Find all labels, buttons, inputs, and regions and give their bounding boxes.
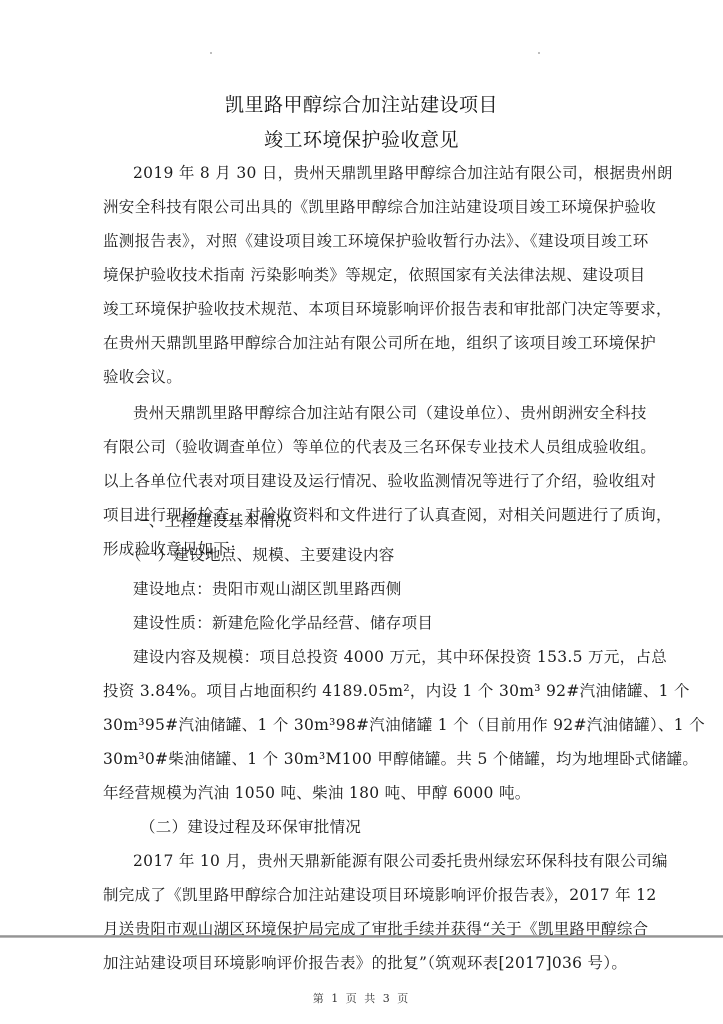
scan-fold-line	[0, 935, 723, 938]
paragraph-line: 以上各单位代表对项目建设及运行情况、验收监测情况等进行了介绍，验收组对	[103, 471, 623, 491]
scan-speck	[210, 52, 212, 54]
document-title: 凯里路甲醇综合加注站建设项目	[0, 90, 723, 117]
paragraph-line: 2019 年 8 月 30 日，贵州天鼎凯里路甲醇综合加注站有限公司，根据贵州朗	[133, 163, 653, 183]
paragraph-line: 30m³0#柴油储罐、1 个 30m³M100 甲醇储罐。共 5 个储罐，均为地…	[103, 749, 623, 769]
paragraph-line: 验收会议。	[103, 367, 623, 387]
paragraph-line: 2017 年 10 月，贵州天鼎新能源有限公司委托贵州绿宏环保科技有限公司编	[133, 851, 653, 871]
paragraph-line: 加注站建设项目环境影响评价报告表》的批复”（筑观环表[2017]036 号）。	[103, 953, 623, 973]
paragraph-line: 30m³95#汽油储罐、1 个 30m³98#汽油储罐 1 个（目前用作 92#…	[103, 715, 623, 735]
paragraph-line: 监测报告表》，对照《建设项目竣工环境保护验收暂行办法》、《建设项目竣工环	[103, 231, 623, 251]
scan-speck	[538, 52, 540, 54]
document-subtitle: 竣工环境保护验收意见	[0, 125, 723, 152]
paragraph-line: 投资 3.84%。项目占地面积约 4189.05m²，内设 1 个 30m³ 9…	[103, 681, 623, 701]
paragraph-line: 贵州天鼎凯里路甲醇综合加注站有限公司（建设单位）、贵州朗洲安全科技	[133, 403, 653, 423]
subsection-heading: （一）建设地点、规模、主要建设内容	[126, 545, 646, 565]
paragraph-line: 建设内容及规模：项目总投资 4000 万元，其中环保投资 153.5 万元，占总	[133, 647, 653, 667]
paragraph-line: 竣工环境保护验收技术规范、本项目环境影响评价报告表和审批部门决定等要求，	[103, 299, 623, 319]
nature-line: 建设性质：新建危险化学品经营、储存项目	[133, 613, 653, 633]
paragraph-line: 有限公司（验收调查单位）等单位的代表及三名环保专业技术人员组成验收组。	[103, 437, 623, 457]
page-footer: 第 1 页 共 3 页	[0, 990, 723, 1006]
paragraph-line: 在贵州天鼎凯里路甲醇综合加注站有限公司所在地，组织了该项目竣工环境保护	[103, 333, 623, 353]
subsection-heading: （二）建设过程及环保审批情况	[140, 817, 660, 837]
location-line: 建设地点：贵阳市观山湖区凯里路西侧	[133, 579, 653, 599]
paragraph-line: 境保护验收技术指南 污染影响类》等规定，依照国家有关法律法规、建设项目	[103, 265, 623, 285]
section-heading: 一、工程建设基本情况	[133, 511, 653, 531]
document-page: 凯里路甲醇综合加注站建设项目 竣工环境保护验收意见 2019 年 8 月 30 …	[0, 0, 723, 1024]
paragraph-line: 年经营规模为汽油 1050 吨、柴油 180 吨、甲醇 6000 吨。	[103, 783, 623, 803]
paragraph-line: 制完成了《凯里路甲醇综合加注站建设项目环境影响评价报告表》，2017 年 12	[103, 885, 623, 905]
paragraph-line: 洲安全科技有限公司出具的《凯里路甲醇综合加注站建设项目竣工环境保护验收	[103, 197, 623, 217]
